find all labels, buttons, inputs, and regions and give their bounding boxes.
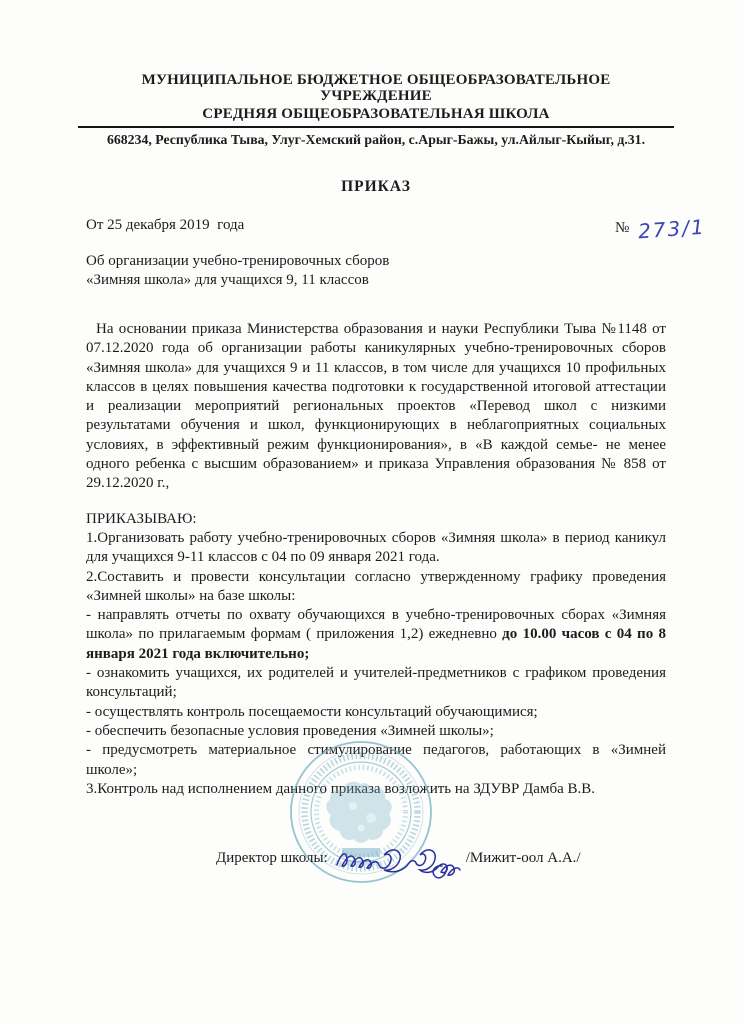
order-subject-line1: Об организации учебно-тренировочных сбор… (86, 252, 666, 271)
order-preamble: На основании приказа Министерства образо… (86, 320, 666, 494)
command-heading: ПРИКАЗЫВАЮ: (86, 510, 666, 529)
order-number-value: 273/1 (638, 215, 707, 244)
document-page: МУНИЦИПАЛЬНОЕ БЮДЖЕТНОЕ ОБЩЕОБРАЗОВАТЕЛЬ… (0, 0, 743, 1024)
order-item: - направлять отчеты по охвату обучающихс… (86, 606, 666, 664)
org-address: 668234, Республика Тыва, Улуг-Хемский ра… (86, 132, 666, 148)
order-number: № 273/1 (615, 217, 706, 241)
signature-ink (334, 835, 462, 881)
order-item: - осуществлять контроль посещаемости кон… (86, 703, 666, 722)
org-name-line1: МУНИЦИПАЛЬНОЕ БЮДЖЕТНОЕ ОБЩЕОБРАЗОВАТЕЛЬ… (86, 72, 666, 104)
org-name-line2: СРЕДНЯЯ ОБЩЕОБРАЗОВАТЕЛЬНАЯ ШКОЛА (86, 106, 666, 122)
header-divider (78, 126, 674, 128)
date-number-row: От 25 декабря 2019 года № 273/1 (86, 217, 666, 241)
signature-name: /Мижит-оол А.А./ (466, 850, 581, 867)
order-number-label: № (615, 217, 629, 237)
org-name: МУНИЦИПАЛЬНОЕ БЮДЖЕТНОЕ ОБЩЕОБРАЗОВАТЕЛЬ… (86, 66, 666, 122)
doc-title: ПРИКАЗ (86, 178, 666, 196)
order-subject-line2: «Зимняя школа» для учащихся 9, 11 классо… (86, 271, 666, 290)
order-date: От 25 декабря 2019 года (86, 217, 244, 234)
order-item: 2.Составить и провести консультации согл… (86, 568, 666, 607)
signature-label: Директор школы: (216, 850, 328, 867)
order-item: - ознакомить учащихся, их родителей и уч… (86, 664, 666, 703)
order-item: 1.Организовать работу учебно-тренировочн… (86, 529, 666, 568)
signature-row: Директор школы: /Мижит-оол А.А./ (216, 835, 666, 881)
order-subject: Об организации учебно-тренировочных сбор… (86, 252, 666, 290)
